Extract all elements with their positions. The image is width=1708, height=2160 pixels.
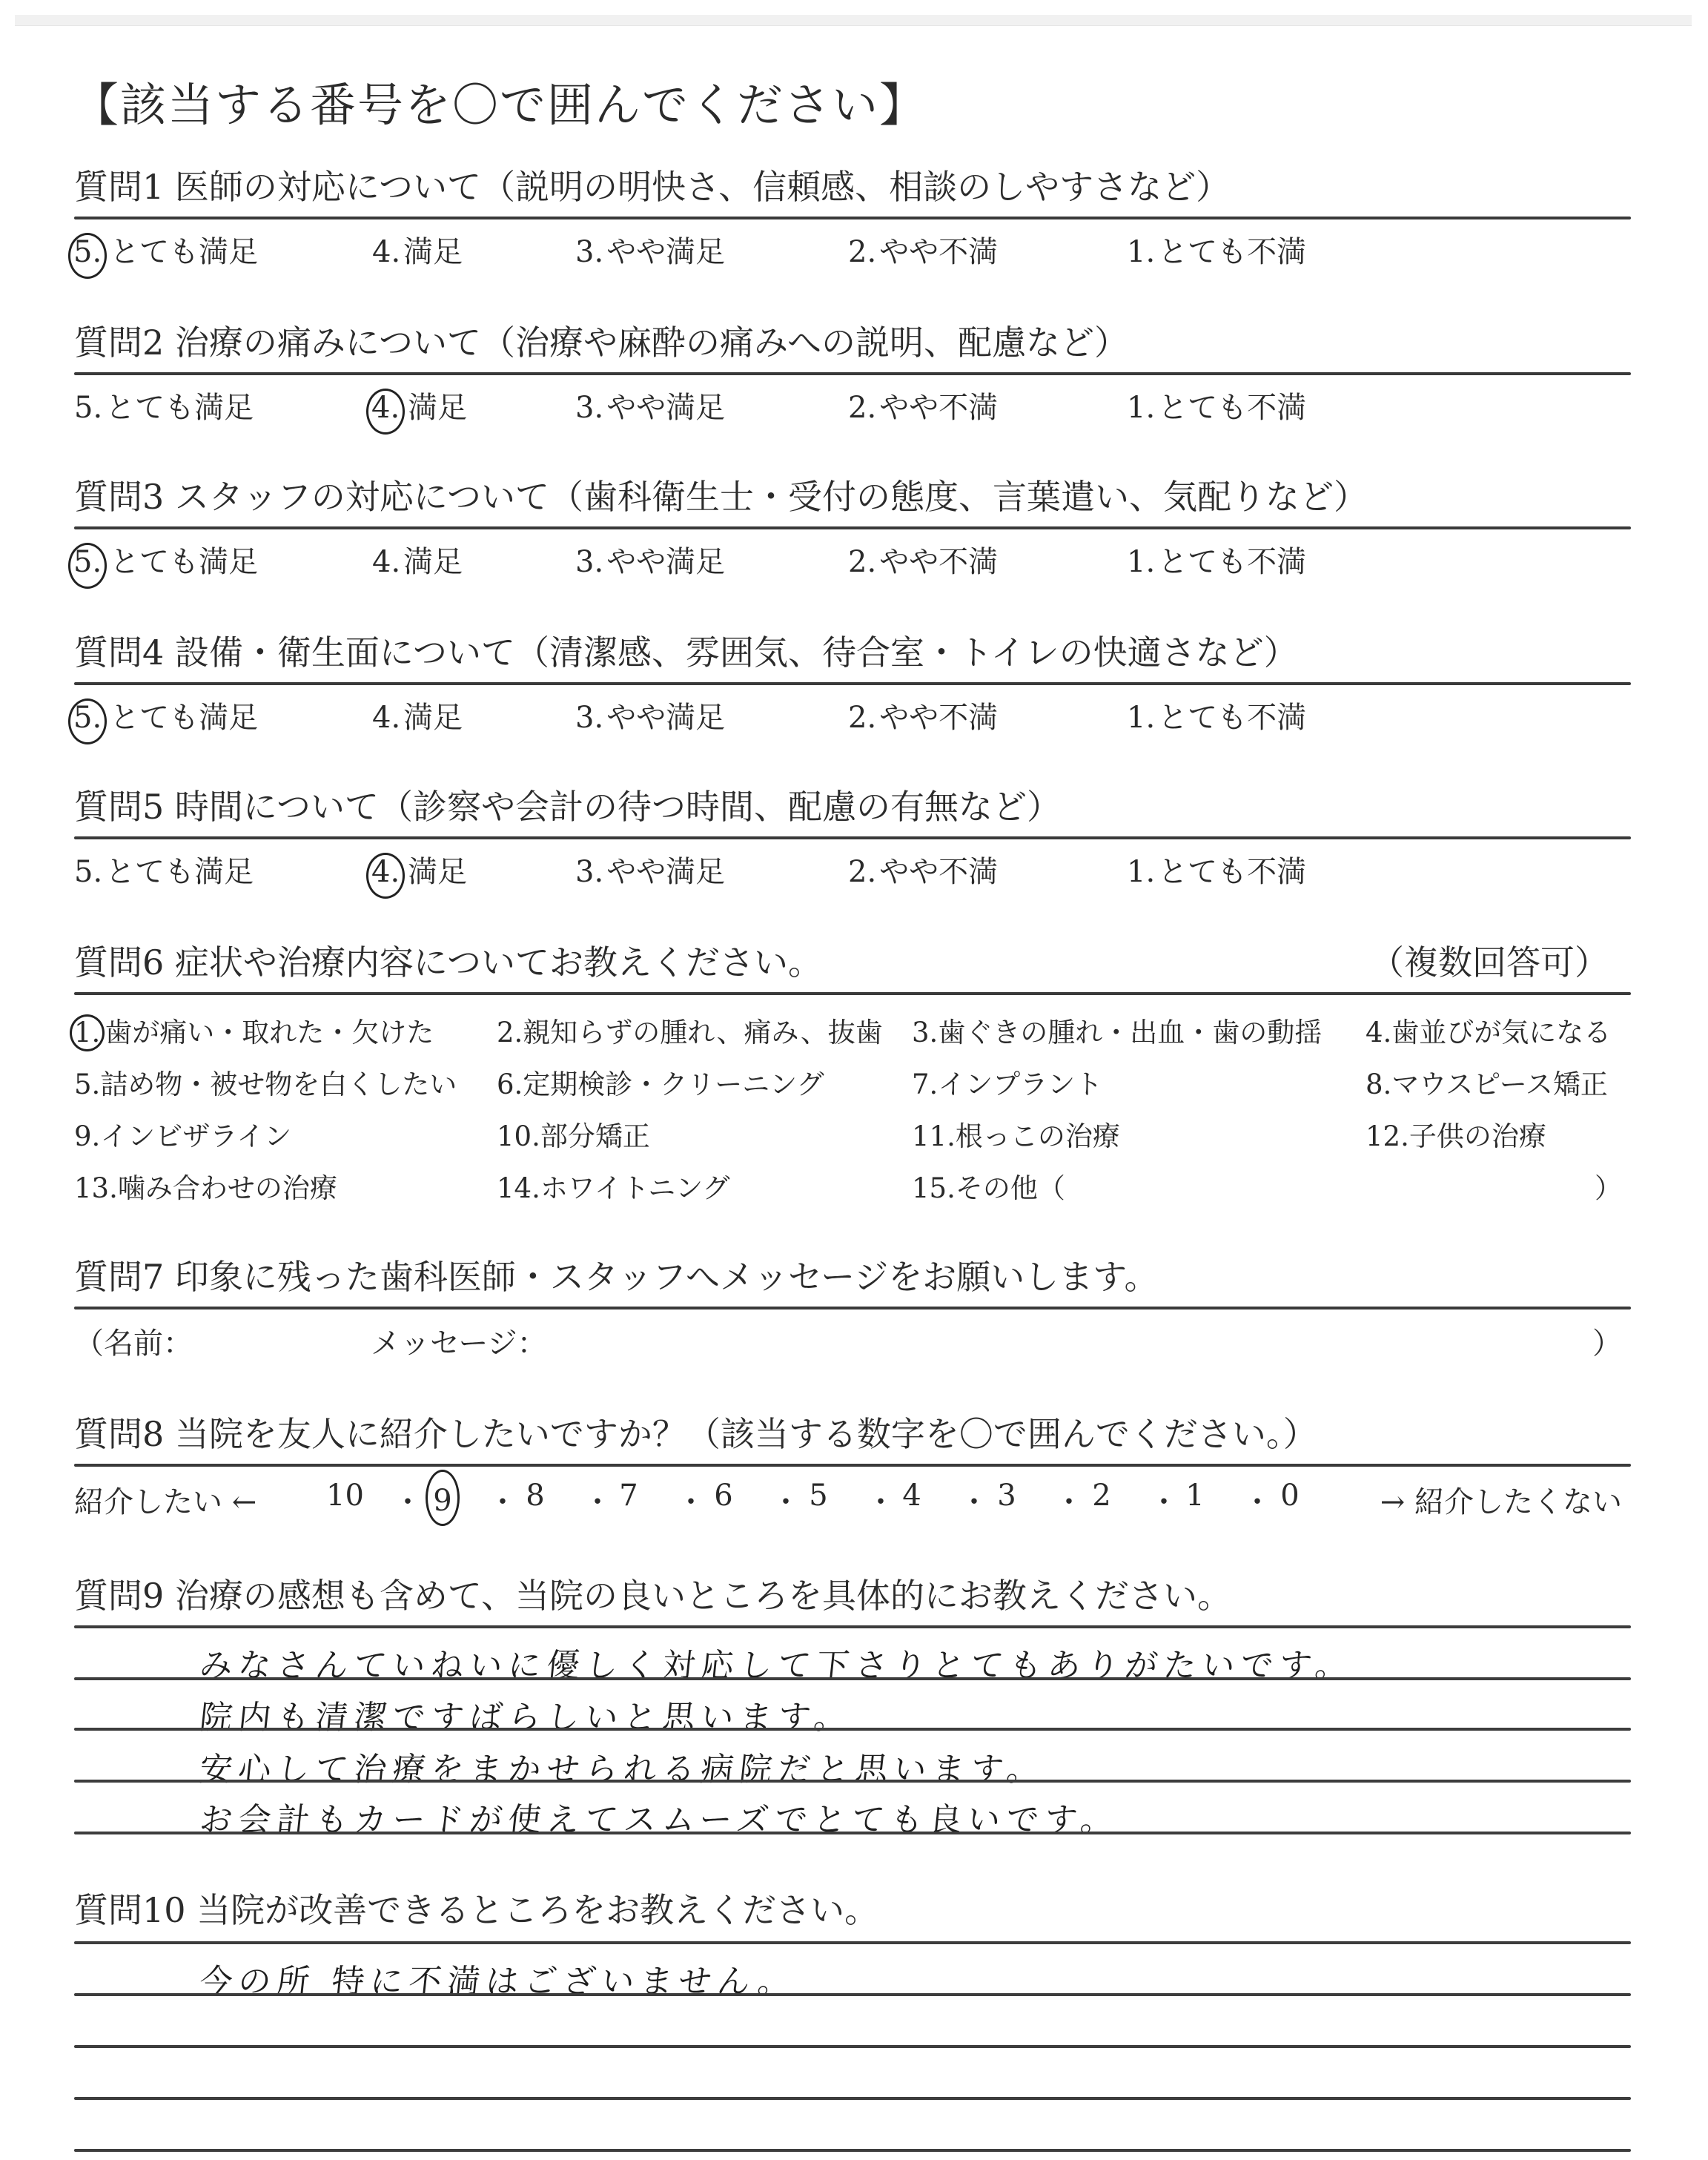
- question-9-title: 質問9 治療の感想も含めて、当院の良いところを具体的にお教えください。: [74, 1573, 1631, 1618]
- separator: ・: [959, 1479, 974, 1521]
- option-4[interactable]: 4.満足: [372, 538, 463, 581]
- question-9: 質問9 治療の感想も含めて、当院の良いところを具体的にお教えください。 みなさん…: [74, 1573, 1631, 1618]
- treatment-checklist: 1.歯が痛い・取れた・欠けた 2.親知らずの腫れ、痛み、抜歯 3.歯ぐきの腫れ・…: [74, 1003, 1631, 1218]
- question-6: 質問6 症状や治療内容についてお教えください。 （複数回答可） 1.歯が痛い・取…: [74, 940, 1631, 1218]
- question-10: 質問10 当院が改善できるところをお教えください。 今の所 特に不満はございませ…: [74, 1888, 1631, 1932]
- scale-10[interactable]: 10: [326, 1479, 359, 1513]
- option-2[interactable]: 2.やや不満: [848, 848, 998, 891]
- separator: ・: [676, 1479, 691, 1521]
- answer-line: [74, 1728, 1631, 1731]
- scale-5[interactable]: 5: [802, 1479, 835, 1513]
- question-1-options: 5.とても満足 4.満足 3.やや満足 2.やや不満 1.とても不満: [74, 225, 1631, 271]
- question-4-options: 5.とても満足 4.満足 3.やや満足 2.やや不満 1.とても不満: [74, 691, 1631, 737]
- answer-line: [74, 2149, 1631, 2152]
- multiple-answers-note: （複数回答可）: [1370, 940, 1609, 985]
- option-3[interactable]: 3.やや満足: [575, 384, 725, 426]
- item-9[interactable]: 9.インビザライン: [74, 1114, 291, 1154]
- item-14[interactable]: 14.ホワイトニング: [497, 1166, 730, 1206]
- separator: ・: [866, 1479, 881, 1521]
- handwritten-answer-2[interactable]: 院内も清潔ですばらしいと思います。: [198, 1691, 855, 1738]
- separator: ・: [771, 1479, 786, 1521]
- scale-1[interactable]: 1: [1179, 1479, 1211, 1513]
- message-close-paren: ）: [1592, 1320, 1622, 1362]
- option-2[interactable]: 2.やや不満: [848, 384, 998, 426]
- separator: ・: [583, 1479, 598, 1521]
- option-5[interactable]: 5.とても満足: [74, 848, 254, 891]
- question-2-options: 5.とても満足 4.満足 3.やや満足 2.やや不満 1.とても不満: [74, 381, 1631, 427]
- divider: [74, 992, 1631, 995]
- divider: [74, 836, 1631, 839]
- divider: [74, 682, 1631, 685]
- item-11[interactable]: 11.根っこの治療: [912, 1114, 1120, 1154]
- would-recommend-label: 紹介したい ←: [74, 1479, 256, 1521]
- answer-line: [74, 1780, 1631, 1783]
- scale-0[interactable]: 0: [1274, 1479, 1306, 1513]
- option-4-circled[interactable]: 4.満足: [372, 848, 467, 899]
- question-7: 質問7 印象に残った歯科医師・スタッフへメッセージをお願いします。 （名前： メ…: [74, 1255, 1631, 1360]
- question-3: 質問3 スタッフの対応について（歯科衛生士・受付の態度、言葉遣い、気配りなど） …: [74, 475, 1631, 581]
- message-field-label[interactable]: メッセージ：: [371, 1320, 547, 1362]
- option-3[interactable]: 3.やや満足: [575, 228, 725, 271]
- option-4[interactable]: 4.満足: [372, 694, 463, 736]
- item-10[interactable]: 10.部分矯正: [497, 1114, 650, 1154]
- scale-2[interactable]: 2: [1085, 1479, 1118, 1513]
- recommend-scale: 紹介したい ← 10 ・ 9 ・ 8 ・ 7 ・ 6 ・ 5 ・ 4 ・ 3 ・…: [74, 1474, 1631, 1526]
- scale-9-circled[interactable]: 9: [426, 1470, 460, 1526]
- option-2[interactable]: 2.やや不満: [848, 228, 998, 271]
- message-fields: （名前： メッセージ： ）: [74, 1315, 1631, 1360]
- item-2[interactable]: 2.親知らずの腫れ、痛み、抜歯: [497, 1010, 883, 1050]
- scale-6[interactable]: 6: [707, 1479, 740, 1513]
- question-5-options: 5.とても満足 4.満足 3.やや満足 2.やや不満 1.とても不満: [74, 845, 1631, 891]
- divider: [74, 217, 1631, 219]
- question-10-title: 質問10 当院が改善できるところをお教えください。: [74, 1888, 1631, 1932]
- question-1-title: 質問1 医師の対応について（説明の明快さ、信頼感、相談のしやすさなど）: [74, 165, 1631, 209]
- option-3[interactable]: 3.やや満足: [575, 538, 725, 581]
- divider: [74, 1307, 1631, 1309]
- option-5-circled[interactable]: 5.とても満足: [74, 228, 258, 279]
- divider: [74, 526, 1631, 529]
- answer-line: [74, 1677, 1631, 1680]
- answer-line: [74, 1625, 1631, 1628]
- item-8[interactable]: 8.マウスピース矯正: [1366, 1062, 1608, 1102]
- question-2: 質問2 治療の痛みについて（治療や麻酔の痛みへの説明、配慮など） 5.とても満足…: [74, 320, 1631, 427]
- separator: ・: [1149, 1479, 1164, 1521]
- answer-line: [74, 1993, 1631, 1996]
- item-4[interactable]: 4.歯並びが気になる: [1366, 1010, 1611, 1050]
- question-2-title: 質問2 治療の痛みについて（治療や麻酔の痛みへの説明、配慮など）: [74, 320, 1631, 365]
- option-5-circled[interactable]: 5.とても満足: [74, 694, 258, 744]
- option-1[interactable]: 1.とても不満: [1127, 384, 1306, 426]
- item-3[interactable]: 3.歯ぐきの腫れ・出血・歯の動揺: [912, 1010, 1322, 1050]
- item-12[interactable]: 12.子供の治療: [1366, 1114, 1546, 1154]
- option-4[interactable]: 4.満足: [372, 228, 463, 271]
- question-5: 質問5 時間について（診察や会計の待つ時間、配慮の有無など） 5.とても満足 4…: [74, 785, 1631, 891]
- item-15-other[interactable]: 15.その他（: [912, 1166, 1065, 1206]
- question-3-title: 質問3 スタッフの対応について（歯科衛生士・受付の態度、言葉遣い、気配りなど）: [74, 475, 1631, 519]
- option-2[interactable]: 2.やや不満: [848, 694, 998, 736]
- page-title: 【該当する番号を〇で囲んでください】: [73, 68, 927, 134]
- answer-line: [74, 2045, 1631, 2048]
- answer-line: [74, 2097, 1631, 2100]
- handwritten-answer-3[interactable]: 安心して治療をまかせられる病院だと思います。: [198, 1743, 1048, 1790]
- separator: ・: [393, 1479, 408, 1521]
- item-7[interactable]: 7.インプラント: [912, 1062, 1102, 1102]
- option-1[interactable]: 1.とても不満: [1127, 228, 1306, 271]
- scale-3[interactable]: 3: [990, 1479, 1023, 1513]
- divider: [74, 372, 1631, 375]
- item-13[interactable]: 13.噛み合わせの治療: [74, 1166, 337, 1206]
- scan-edge-band: [15, 15, 1692, 26]
- option-1[interactable]: 1.とても不満: [1127, 538, 1306, 581]
- option-5-circled[interactable]: 5.とても満足: [74, 538, 258, 589]
- question-7-title: 質問7 印象に残った歯科医師・スタッフへメッセージをお願いします。: [74, 1255, 1631, 1299]
- question-6-title: 質問6 症状や治療内容についてお教えください。 （複数回答可）: [74, 940, 1631, 985]
- answer-line: [74, 1832, 1631, 1834]
- item-6[interactable]: 6.定期検診・クリーニング: [497, 1062, 824, 1102]
- divider: [74, 1464, 1631, 1467]
- item-1-circled[interactable]: 1.歯が痛い・取れた・欠けた: [74, 1010, 434, 1051]
- question-8-title: 質問8 当院を友人に紹介したいですか？（該当する数字を〇で囲んでください。）: [74, 1412, 1631, 1456]
- scale-8[interactable]: 8: [519, 1479, 552, 1513]
- question-6-title-text: 質問6 症状や治療内容についてお教えください。: [74, 942, 822, 982]
- item-5[interactable]: 5.詰め物・被せ物を白くしたい: [74, 1062, 457, 1102]
- scale-4[interactable]: 4: [896, 1479, 928, 1513]
- separator: ・: [1242, 1479, 1257, 1521]
- option-1[interactable]: 1.とても不満: [1127, 848, 1306, 891]
- question-1: 質問1 医師の対応について（説明の明快さ、信頼感、相談のしやすさなど） 5.とて…: [74, 165, 1631, 271]
- question-4-title: 質問4 設備・衛生面について（清潔感、雰囲気、待合室・トイレの快適さなど）: [74, 630, 1631, 675]
- other-close-paren: ）: [1595, 1166, 1622, 1206]
- would-not-recommend-label: → 紹介したくない: [1380, 1479, 1622, 1521]
- option-3[interactable]: 3.やや満足: [575, 694, 725, 736]
- question-4: 質問4 設備・衛生面について（清潔感、雰囲気、待合室・トイレの快適さなど） 5.…: [74, 630, 1631, 737]
- question-8: 質問8 当院を友人に紹介したいですか？（該当する数字を〇で囲んでください。） 紹…: [74, 1412, 1631, 1526]
- separator: ・: [488, 1479, 503, 1521]
- scale-7[interactable]: 7: [612, 1479, 645, 1513]
- name-field-label[interactable]: （名前：: [74, 1320, 193, 1362]
- option-1[interactable]: 1.とても不満: [1127, 694, 1306, 736]
- separator: ・: [1054, 1479, 1069, 1521]
- option-4-circled[interactable]: 4.満足: [372, 384, 467, 435]
- option-3[interactable]: 3.やや満足: [575, 848, 725, 891]
- answer-line: [74, 1941, 1631, 1944]
- option-2[interactable]: 2.やや不満: [848, 538, 998, 581]
- option-5[interactable]: 5.とても満足: [74, 384, 254, 426]
- question-5-title: 質問5 時間について（診察や会計の待つ時間、配慮の有無など）: [74, 785, 1631, 829]
- question-3-options: 5.とても満足 4.満足 3.やや満足 2.やや不満 1.とても不満: [74, 535, 1631, 581]
